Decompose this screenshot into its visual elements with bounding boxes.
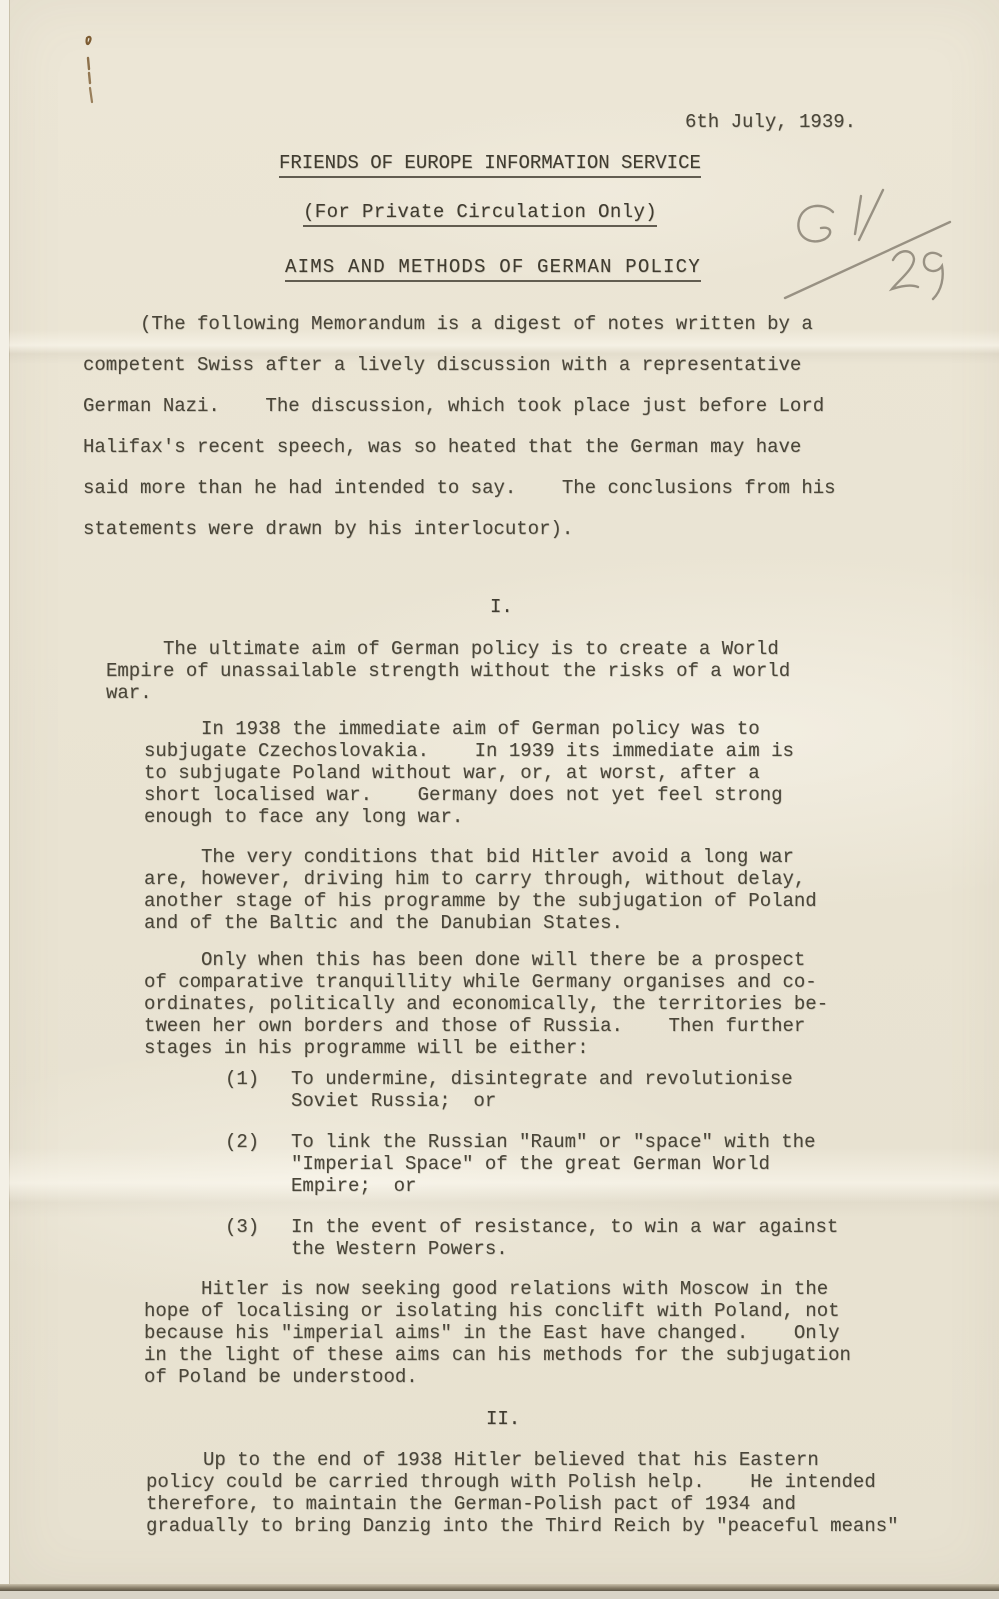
paragraph: Hitler is now seeking good relations wit… xyxy=(144,1278,914,1388)
document-title: AIMS AND METHODS OF GERMAN POLICY xyxy=(285,256,701,282)
paragraph: In 1938 the immediate aim of German poli… xyxy=(144,718,914,828)
scanned-document-page: 6th July, 1939. FRIENDS OF EUROPE INFORM… xyxy=(0,0,999,1599)
list-item-number: (2) xyxy=(225,1131,291,1197)
list-item-number: (1) xyxy=(225,1068,291,1112)
handwritten-annotation-icon xyxy=(745,182,975,307)
scan-background xyxy=(0,1591,999,1599)
list-item-text: To link the Russian "Raum" or "space" wi… xyxy=(291,1131,911,1197)
list-item-text: To undermine, disintegrate and revolutio… xyxy=(291,1068,911,1112)
list-item-number: (3) xyxy=(225,1216,291,1260)
paper-bottom-edge xyxy=(0,1584,999,1591)
list-item: (3) In the event of resistance, to win a… xyxy=(225,1216,911,1260)
list-item-text: In the event of resistance, to win a war… xyxy=(291,1216,911,1260)
organization-line: FRIENDS OF EUROPE INFORMATION SERVICE xyxy=(279,152,701,178)
circulation-line: (For Private Circulation Only) xyxy=(303,201,657,227)
intro-paragraph: (The following Memorandum is a digest of… xyxy=(83,304,843,550)
section-2-heading: II. xyxy=(486,1408,520,1430)
list-item: (2) To link the Russian "Raum" or "space… xyxy=(225,1131,911,1197)
section-1-heading: I. xyxy=(490,596,513,618)
paragraph: Only when this has been done will there … xyxy=(144,949,914,1059)
paragraph: The very conditions that bid Hitler avoi… xyxy=(144,846,914,934)
binder-mark-icon xyxy=(78,30,104,116)
paragraph: Up to the end of 1938 Hitler believed th… xyxy=(146,1449,916,1537)
list-item: (1) To undermine, disintegrate and revol… xyxy=(225,1068,911,1112)
paragraph: The ultimate aim of German policy is to … xyxy=(106,638,876,704)
document-date: 6th July, 1939. xyxy=(685,111,856,133)
